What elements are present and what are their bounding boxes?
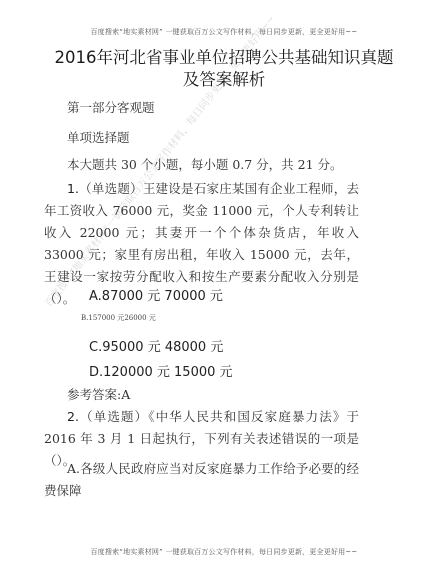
subsection-heading: 单项选择题 <box>67 128 130 146</box>
section-heading: 第一部分客观题 <box>67 98 155 116</box>
answer-text: 参考答案:A <box>67 385 130 403</box>
page-footer: 百度搜索“地实素材网” 一键获取百万公文写作材料，每日同步更新，更全更好用~~ <box>0 547 448 557</box>
option-a: A.87000 元 70000 元 <box>89 285 223 304</box>
page-header: 百度搜索“地实素材网” 一键获取百万公文写作材料，每日同步更新，更全更好用~~ <box>0 27 448 37</box>
instruction-text: 本大题共 30 个小题，每小题 0.7 分，共 21 分。 <box>67 155 343 173</box>
option-d: D.120000 元 15000 元 <box>89 361 233 380</box>
title-line-2: 及答案解析 <box>40 69 408 91</box>
question-number: 2. <box>67 409 79 424</box>
option-b: B.157000 元26000 元 <box>81 313 156 323</box>
question-number: 1. <box>67 181 79 196</box>
option-c: C.95000 元 48000 元 <box>89 336 223 355</box>
title-line-1: 2016年河北省事业单位招聘公共基础知识真题 <box>40 47 408 69</box>
document-title: 2016年河北省事业单位招聘公共基础知识真题 及答案解析 <box>40 47 408 91</box>
question-2-option-a: A.各级人民政府应当对反家庭暴力工作给予必要的经费保障 <box>44 458 359 502</box>
